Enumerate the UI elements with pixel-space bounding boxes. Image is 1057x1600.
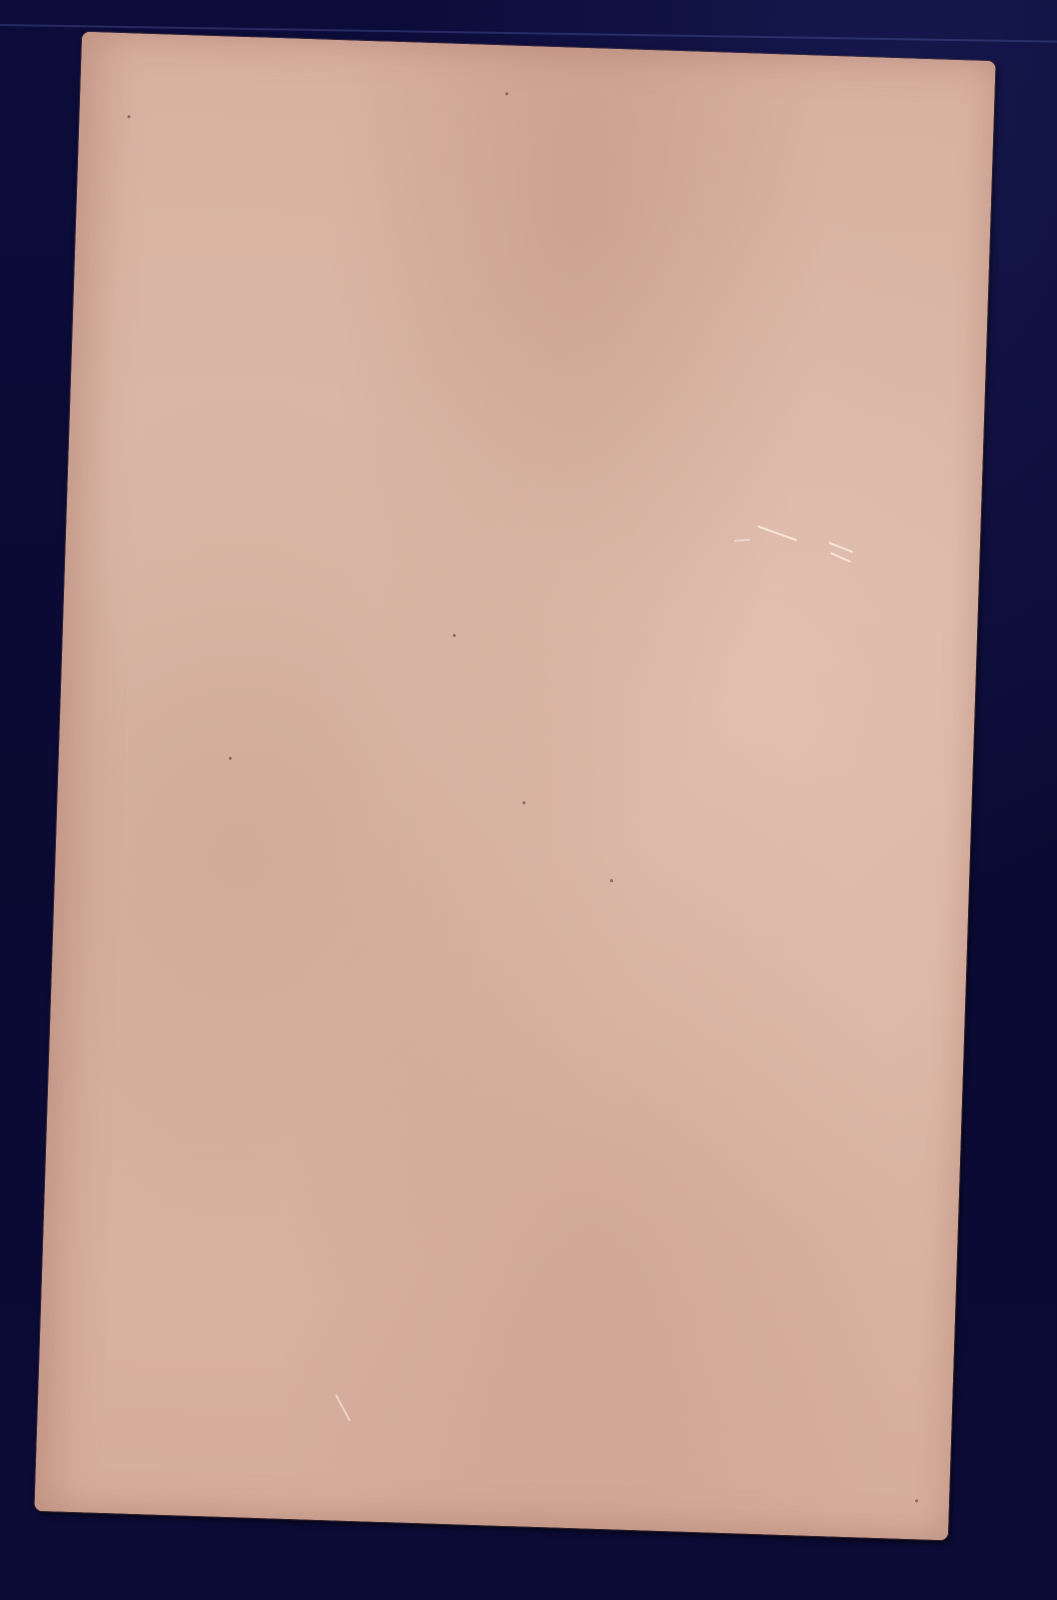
blank-antique-card (34, 32, 995, 1541)
speck (453, 634, 456, 637)
speck (229, 757, 232, 760)
card-edge-toning (34, 32, 995, 1541)
surface-scratch (828, 542, 853, 554)
surface-scratch (830, 552, 851, 563)
speck (915, 1499, 918, 1502)
surface-scratch (757, 525, 797, 541)
speck (505, 92, 508, 95)
speck (610, 879, 613, 882)
speck (522, 801, 525, 804)
surface-crease (335, 1394, 351, 1421)
surface-scratch (734, 539, 750, 542)
speck (127, 115, 130, 118)
